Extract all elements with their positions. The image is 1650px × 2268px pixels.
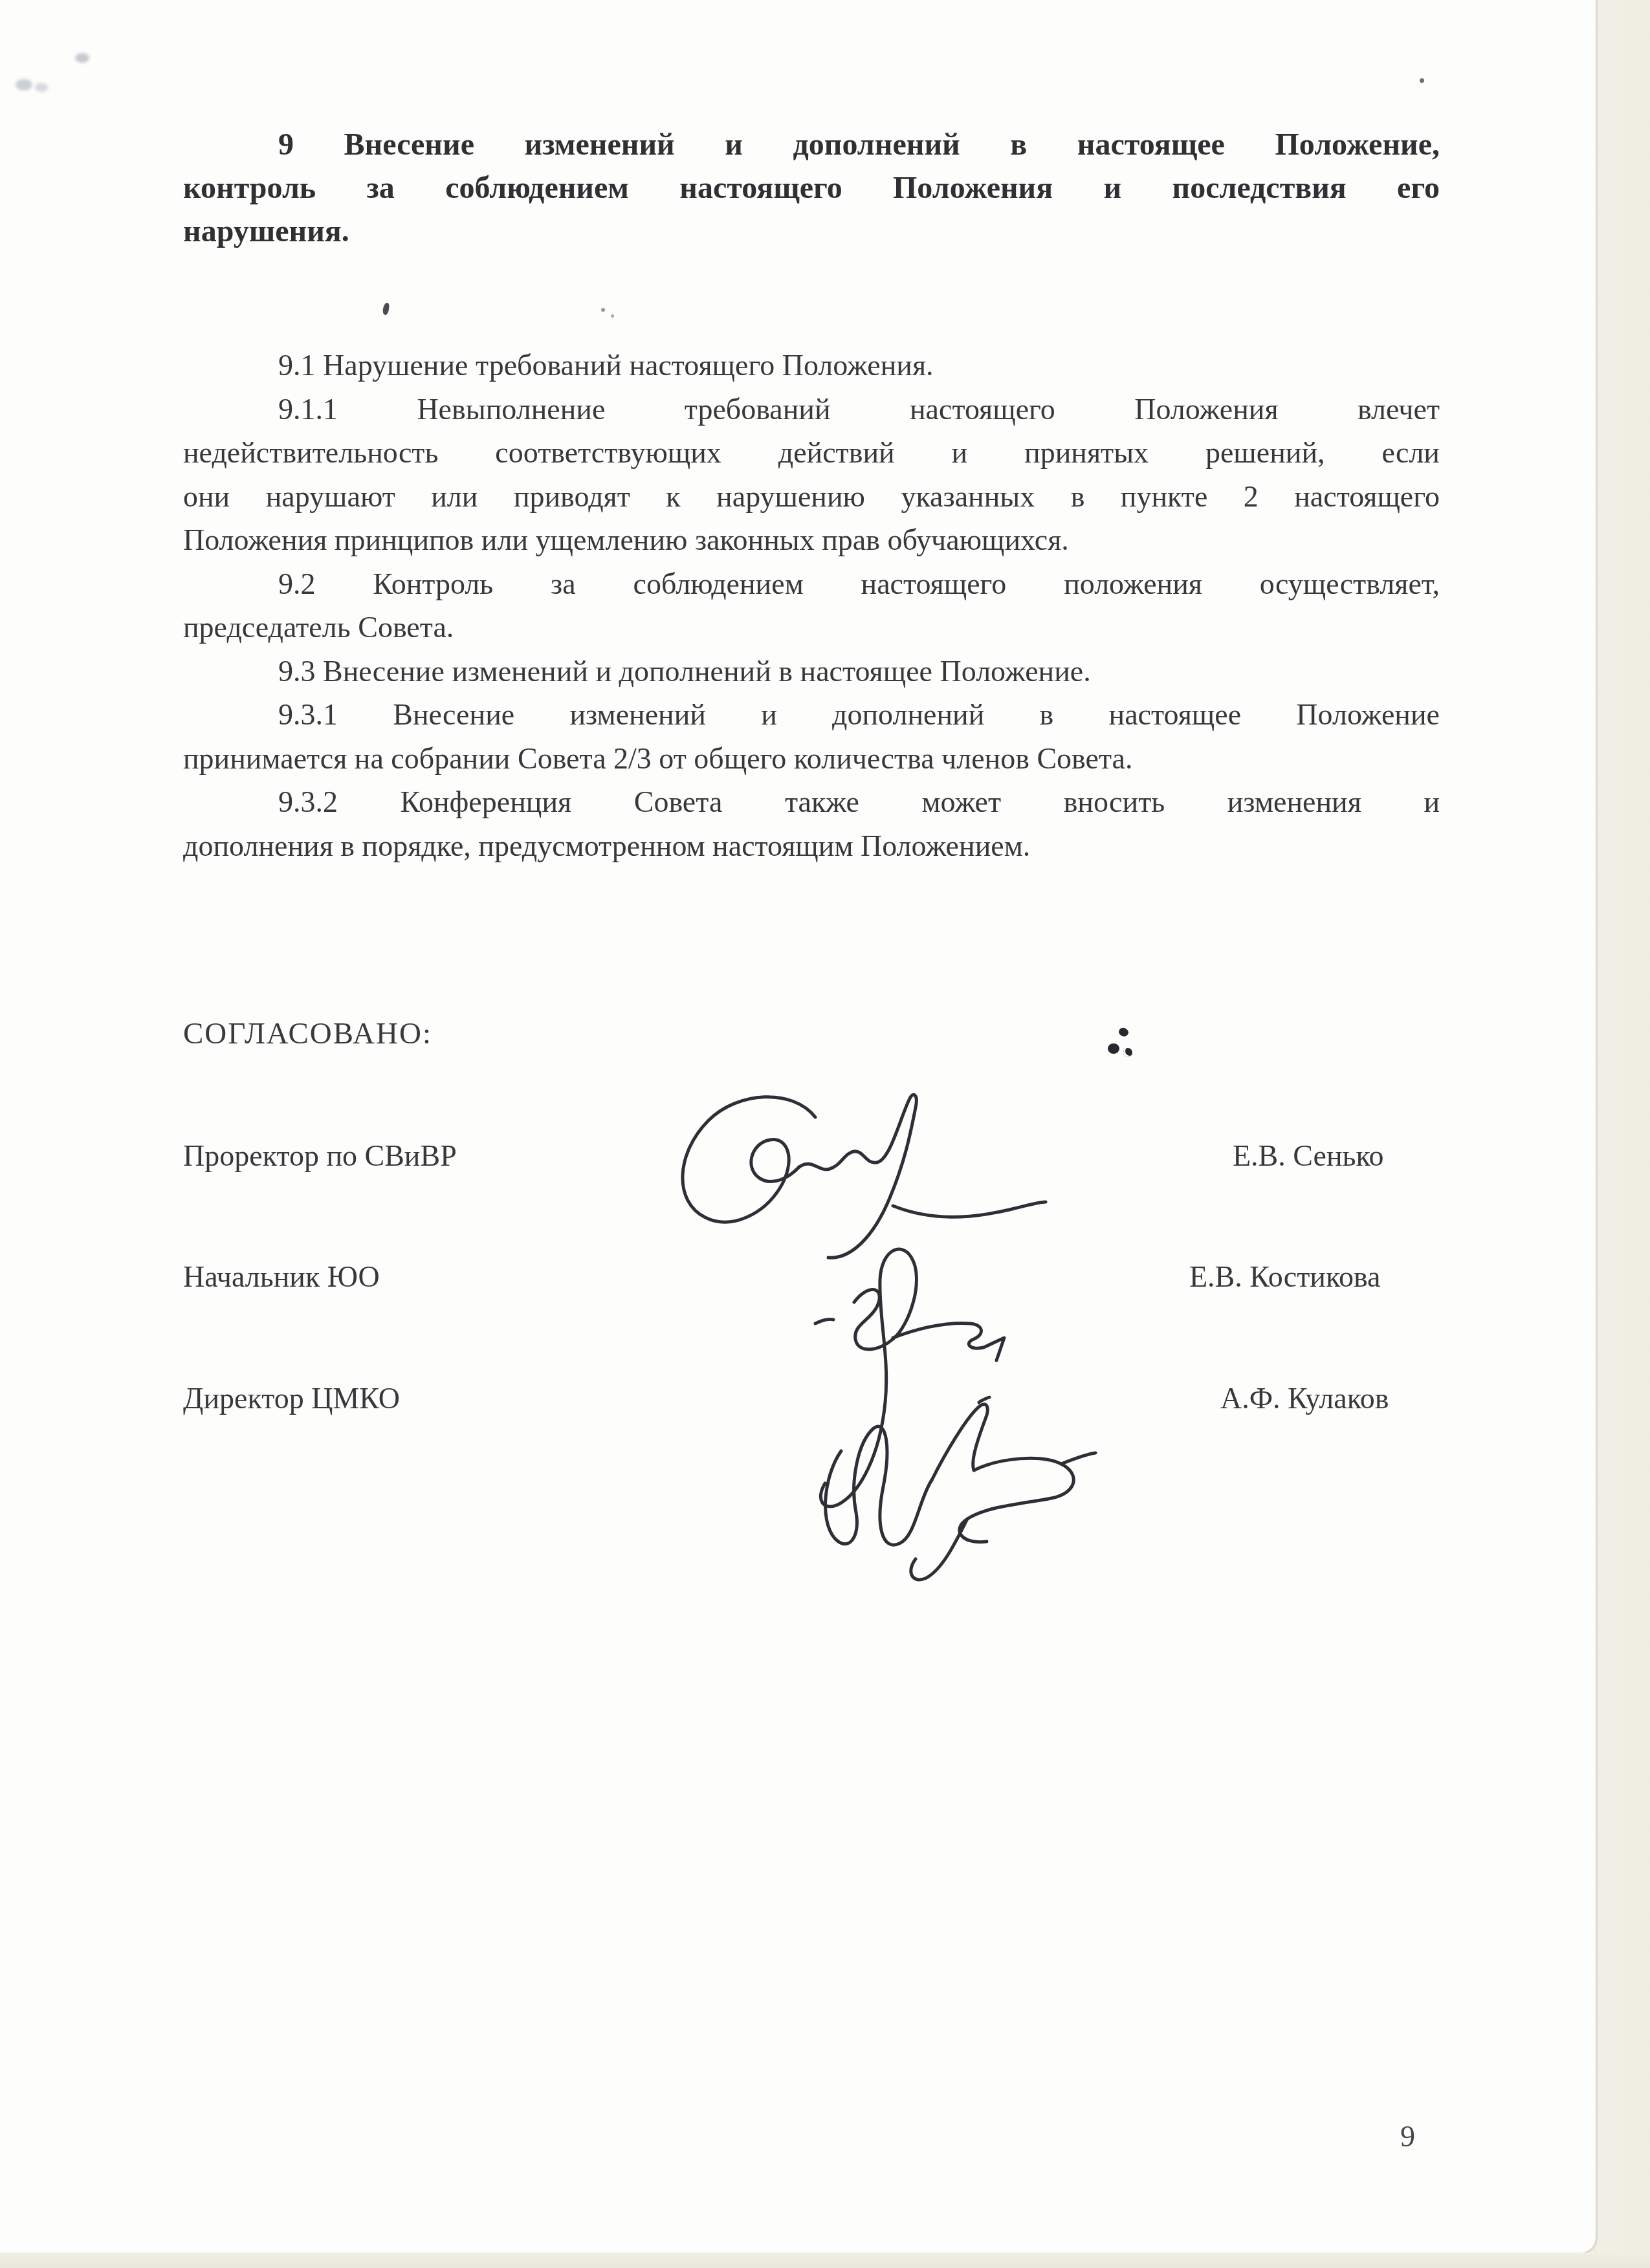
scanner-background-edge: [0, 2252, 1650, 2268]
section-body: 9.1 Нарушение требований настоящего Поло…: [183, 343, 1440, 867]
document-page: 9 Внесение изменений и дополнений в наст…: [0, 0, 1598, 2254]
approval-label: СОГЛАСОВАНО:: [183, 1014, 432, 1053]
ink-blot: [1108, 1043, 1119, 1054]
scan-speck: [1420, 78, 1424, 83]
scan-smudge: [75, 53, 89, 63]
signatory-name: Е.В. Костикова: [1189, 1258, 1381, 1296]
scanner-background-edge: [1598, 0, 1650, 2252]
heading-line: 9 Внесение изменений и дополнений в наст…: [183, 123, 1440, 166]
signatory-name: Е.В. Сенько: [1233, 1137, 1384, 1175]
body-line: 9.3 Внесение изменений и дополнений в на…: [183, 649, 1440, 693]
body-line: принимается на собрании Совета 2/3 от об…: [183, 737, 1440, 781]
signatory-name: А.Ф. Кулаков: [1220, 1379, 1389, 1418]
position-label: Проректор по СВиВР: [183, 1137, 457, 1175]
pen-mark: [382, 302, 390, 315]
scan-speck: [601, 308, 605, 312]
heading-line: контроль за соблюдением настоящего Полож…: [183, 166, 1440, 210]
position-label: Начальник ЮО: [183, 1258, 380, 1296]
body-line: 9.3.2 Конференция Совета также может вно…: [183, 780, 1440, 824]
position-label: Директор ЦМКО: [183, 1379, 400, 1418]
scan-speck: [611, 314, 614, 318]
handwritten-signature-ink: [786, 1390, 1103, 1590]
body-line: недействительность соответствующих дейст…: [183, 431, 1440, 475]
page-number: 9: [1400, 2119, 1415, 2154]
scan-smudge: [16, 79, 32, 91]
scan-smudge: [35, 83, 48, 92]
body-line: дополнения в порядке, предусмотренном на…: [183, 824, 1440, 868]
scanned-document: { "document": { "heading": { "lines": [ …: [0, 0, 1650, 2268]
body-line: 9.2 Контроль за соблюдением настоящего п…: [183, 562, 1440, 606]
body-line: 9.3.1 Внесение изменений и дополнений в …: [183, 693, 1440, 737]
body-line: 9.1 Нарушение требований настоящего Поло…: [183, 343, 1440, 387]
body-line: Положения принципов или ущемлению законн…: [183, 518, 1440, 562]
body-line: председатель Совета.: [183, 605, 1440, 649]
section-heading: 9 Внесение изменений и дополнений в наст…: [183, 123, 1440, 253]
ink-blot: [1117, 1027, 1130, 1038]
body-line: 9.1.1 Невыполнение требований настоящего…: [183, 387, 1440, 431]
heading-line: нарушения.: [183, 210, 1440, 253]
ink-blot: [1123, 1048, 1132, 1057]
body-line: они нарушают или приводят к нарушению ук…: [183, 475, 1440, 519]
